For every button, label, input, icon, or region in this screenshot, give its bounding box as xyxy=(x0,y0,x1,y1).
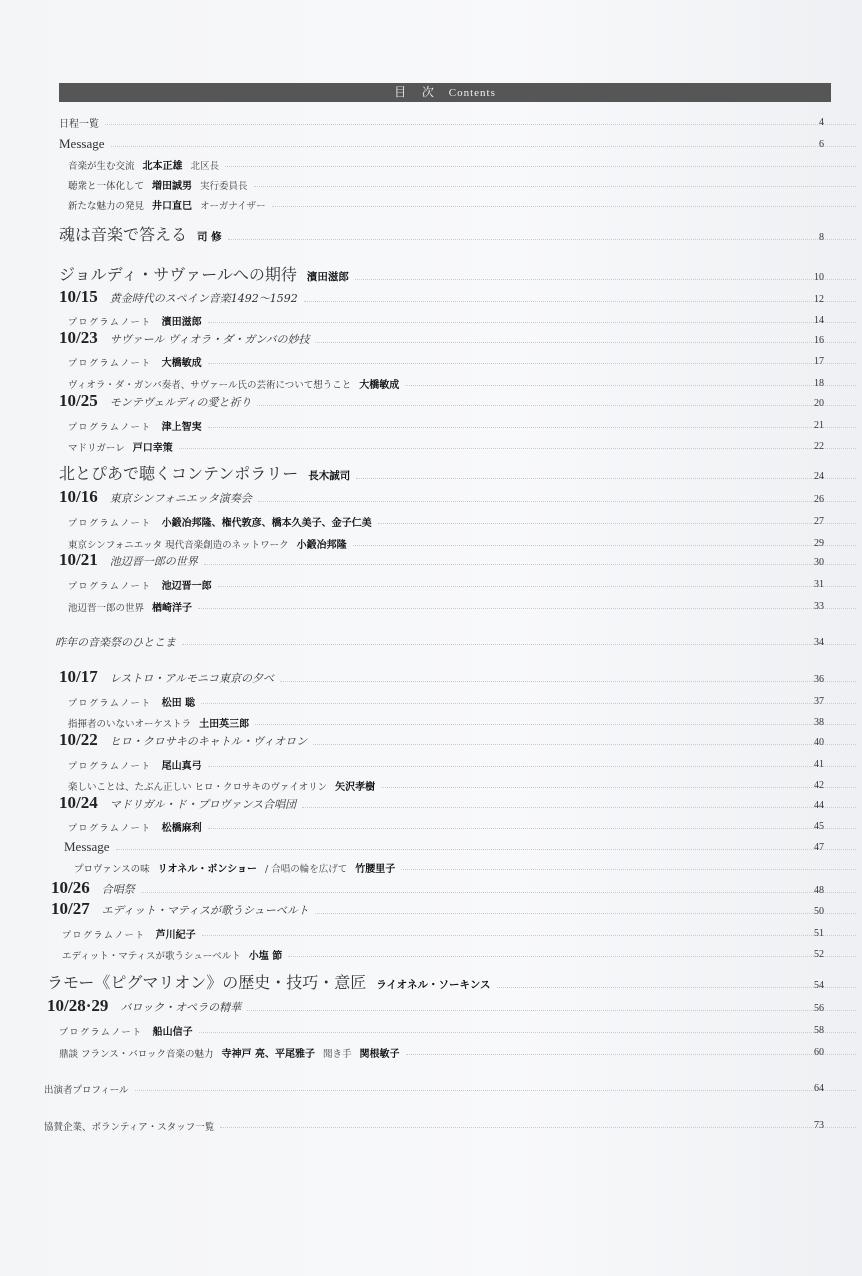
contents-header-bar: 目 次 Contents xyxy=(59,83,831,102)
dotted-leader xyxy=(135,1089,856,1091)
toc-entry-title: 池辺晋一郎の世界 xyxy=(110,553,198,569)
toc-entry-author: 濱田滋郎 xyxy=(162,313,202,328)
toc-entry-title: プログラムノート xyxy=(68,420,152,433)
toc-entry-author: 土田英三郎 xyxy=(199,715,249,730)
toc-entry[interactable]: プログラムノート松田 聡37 xyxy=(0,689,862,709)
dotted-leader xyxy=(204,563,856,565)
toc-entry-label: 10/23サヴァール ヴィオラ・ダ・ガンバの妙技 xyxy=(59,328,309,348)
toc-entry[interactable]: 10/26合唱祭48 xyxy=(0,878,862,898)
toc-entry[interactable]: プログラムノート小鍛冶邦隆、権代敦彦、橋本久美子、金子仁美27 xyxy=(0,509,862,529)
dotted-leader xyxy=(228,238,856,240)
toc-entry-page-number: 27 xyxy=(814,516,824,527)
toc-entry-label: プログラムノート松田 聡 xyxy=(68,694,195,709)
dotted-leader xyxy=(218,585,856,587)
dotted-leader xyxy=(280,680,856,682)
toc-entry-title: 北とぴあで聴くコンテンポラリー xyxy=(59,461,298,484)
toc-entry[interactable]: 池辺晋一郎の世界楢崎洋子33 xyxy=(0,594,862,614)
dotted-leader xyxy=(199,1031,856,1033)
toc-entry-page-number: 6 xyxy=(819,139,824,150)
toc-entry[interactable]: ヴィオラ・ダ・ガンバ奏者、サヴァール氏の芸術について想うこと大橋敏成18 xyxy=(0,371,862,391)
toc-entry-label: プログラムノート芦川紀子 xyxy=(62,926,196,941)
toc-entry-label: 新たな魅力の発見井口直巳オーガナイザー xyxy=(68,197,266,212)
dotted-leader xyxy=(202,934,856,936)
toc-entry-author: リオネル・ボンショー xyxy=(158,860,257,875)
toc-entry-page-number: 8 xyxy=(819,232,824,243)
toc-entry-page-number: 64 xyxy=(814,1083,824,1094)
toc-entry[interactable]: 10/28·29バロック・オペラの精華56 xyxy=(0,996,862,1016)
toc-entry[interactable]: プログラムノート船山信子58 xyxy=(0,1018,862,1038)
header-title-en: Contents xyxy=(449,87,496,99)
dotted-leader xyxy=(179,447,856,449)
toc-entry[interactable]: Message6 xyxy=(0,132,862,152)
toc-entry[interactable]: 鼎談 フランス・バロック音楽の魅力寺神戸 亮、平尾雅子聞き手関根敏子60 xyxy=(0,1040,862,1060)
dotted-leader xyxy=(356,477,856,479)
toc-entry-label: 昨年の音楽祭のひとこま xyxy=(55,634,176,650)
toc-entry-author: 北本正雄 xyxy=(143,157,183,172)
toc-entry[interactable]: 日程一覧4 xyxy=(0,110,862,130)
toc-entry-author: 尾山真弓 xyxy=(162,757,202,772)
toc-entry-label: 池辺晋一郎の世界楢崎洋子 xyxy=(68,599,192,614)
dotted-leader xyxy=(315,341,856,343)
toc-entry[interactable]: 10/23サヴァール ヴィオラ・ダ・ガンバの妙技16 xyxy=(0,328,862,348)
toc-entry-title: マドリガル・ド・プロヴァンス合唱団 xyxy=(110,796,296,812)
header-title-jp: 目 次 xyxy=(394,85,440,99)
dotted-leader xyxy=(405,384,856,386)
toc-entry-label: プログラムノート池辺晋一郎 xyxy=(68,577,212,592)
dotted-leader xyxy=(406,1053,856,1055)
toc-entry-label: 東京シンフォニエッタ 現代音楽創造のネットワーク小鍛冶邦隆 xyxy=(68,536,347,551)
toc-entry-label: 10/24マドリガル・ド・プロヴァンス合唱団 xyxy=(59,793,296,813)
toc-entry[interactable]: 東京シンフォニエッタ 現代音楽創造のネットワーク小鍛冶邦隆29 xyxy=(0,531,862,551)
toc-entry-title: 魂は音楽で答える xyxy=(59,222,187,245)
toc-entry-author: 池辺晋一郎 xyxy=(162,577,212,592)
toc-entry[interactable]: 聴衆と一体化して増田誠男実行委員長 xyxy=(0,172,862,192)
toc-entry[interactable]: 10/16東京シンフォニエッタ演奏会26 xyxy=(0,487,862,507)
toc-entry-title: 日程一覧 xyxy=(59,115,99,130)
toc-entry-label: 10/22ヒロ・クロサキのキャトル・ヴィオロン xyxy=(59,730,307,750)
toc-entry-author: 大橋敏成 xyxy=(162,354,202,369)
toc-entry-date: 10/23 xyxy=(59,328,98,348)
toc-entry-label: プログラムノート尾山真弓 xyxy=(68,757,202,772)
toc-entry-author: 長木誠司 xyxy=(308,468,350,483)
toc-entry-title: プログラムノート xyxy=(68,356,152,369)
toc-entry-author: ライオネル・ソーキンス xyxy=(376,977,490,992)
toc-entry-page-number: 54 xyxy=(814,980,824,991)
dotted-leader xyxy=(353,544,856,546)
toc-entry-page-number: 50 xyxy=(814,906,824,917)
toc-entry-label: Message xyxy=(64,839,110,855)
dotted-leader xyxy=(313,743,856,745)
toc-entry[interactable]: プロヴァンスの味リオネル・ボンショー/ 合唱の輪を広げて竹腰里子 xyxy=(0,855,862,875)
dotted-leader xyxy=(105,123,856,125)
toc-entry[interactable]: Message47 xyxy=(0,835,862,855)
toc-entry-page-number: 24 xyxy=(814,471,824,482)
toc-entry-title: 新たな魅力の発見 xyxy=(68,198,144,212)
toc-entry-date: 10/26 xyxy=(51,878,90,898)
toc-entry-title: ヴィオラ・ダ・ガンバ奏者、サヴァール氏の芸術について想うこと xyxy=(68,377,351,391)
toc-entry-title: 東京シンフォニエッタ演奏会 xyxy=(110,490,252,506)
toc-entry-title: 池辺晋一郎の世界 xyxy=(68,600,144,614)
toc-entry-author: 芦川紀子 xyxy=(156,926,196,941)
toc-entry-author: 小鍛冶邦隆、権代敦彦、橋本久美子、金子仁美 xyxy=(162,514,372,529)
toc-entry-page-number: 4 xyxy=(819,117,824,128)
dotted-leader xyxy=(208,765,856,767)
toc-entry-label: 10/27エディット・マティスが歌うシューベルト xyxy=(51,899,309,919)
toc-entry-author: 大橋敏成 xyxy=(359,376,399,391)
dotted-leader xyxy=(381,786,856,788)
toc-entry[interactable]: 10/27エディット・マティスが歌うシューベルト50 xyxy=(0,899,862,919)
toc-entry-label: 音楽が生む交流北本正雄北区長 xyxy=(68,157,219,172)
toc-entry-title: エディット・マティスが歌うシューベルト xyxy=(102,902,309,918)
toc-entry-page-number: 45 xyxy=(814,821,824,832)
toc-entry-title: 黄金時代のスペイン音楽1492〜1592 xyxy=(110,290,298,306)
toc-entry[interactable]: 10/21池辺晋一郎の世界30 xyxy=(0,550,862,570)
toc-entry-title: モンテヴェルディの愛と祈り xyxy=(110,394,252,410)
toc-entry[interactable]: プログラムノート濱田滋郎14 xyxy=(0,308,862,328)
toc-entry-title: エディット・マティスが歌うシューベルト xyxy=(62,948,241,962)
toc-entry-label: 楽しいことは、たぶん正しい ヒロ・クロサキのヴァイオリン矢沢孝樹 xyxy=(68,778,375,793)
toc-entry-title: プログラムノート xyxy=(68,759,152,772)
toc-entry-title: プログラムノート xyxy=(68,315,152,328)
toc-entry-label: 魂は音楽で答える司 修 xyxy=(59,222,222,245)
toc-entry-page-number: 20 xyxy=(814,398,824,409)
toc-entry-date: 10/27 xyxy=(51,899,90,919)
toc-entry-date: 10/15 xyxy=(59,287,98,307)
toc-entry-label: プロヴァンスの味リオネル・ボンショー/ 合唱の輪を広げて竹腰里子 xyxy=(74,860,395,875)
toc-entry-page-number: 60 xyxy=(814,1047,824,1058)
toc-entry-page-number: 44 xyxy=(814,800,824,811)
dotted-leader xyxy=(208,362,856,364)
toc-entry-author-2: 竹腰里子 xyxy=(355,860,395,875)
dotted-leader xyxy=(208,827,856,829)
dotted-leader xyxy=(355,278,856,280)
toc-entry-page-number: 36 xyxy=(814,674,824,685)
toc-entry-title: ラモー《ピグマリオン》の歴史・技巧・意匠 xyxy=(47,970,366,993)
toc-entry[interactable]: 出演者プロフィール64 xyxy=(0,1076,862,1096)
toc-entry-label: 指揮者のいないオーケストラ土田英三郎 xyxy=(68,715,249,730)
toc-entry-page-number: 14 xyxy=(814,315,824,326)
toc-entry[interactable]: 10/25モンテヴェルディの愛と祈り20 xyxy=(0,391,862,411)
toc-entry[interactable]: 10/22ヒロ・クロサキのキャトル・ヴィオロン40 xyxy=(0,730,862,750)
dotted-leader xyxy=(111,145,857,147)
toc-entry[interactable]: プログラムノート松橋麻利45 xyxy=(0,814,862,834)
toc-entry-author: 濱田滋郎 xyxy=(307,269,349,284)
toc-entry-date: 10/17 xyxy=(59,667,98,687)
toc-entry-author: 津上智実 xyxy=(162,418,202,433)
toc-entry-page-number: 33 xyxy=(814,601,824,612)
toc-entry-page-number: 47 xyxy=(814,842,824,853)
toc-entry-author-2: 関根敏子 xyxy=(360,1045,400,1060)
dotted-leader xyxy=(288,955,856,957)
dotted-leader xyxy=(220,1126,856,1128)
toc-entry-role: 実行委員長 xyxy=(200,178,248,192)
toc-entry-date: 10/24 xyxy=(59,793,98,813)
toc-entry-author: 船山信子 xyxy=(153,1023,193,1038)
toc-entry[interactable]: 音楽が生む交流北本正雄北区長 xyxy=(0,152,862,172)
toc-entry[interactable]: 新たな魅力の発見井口直巳オーガナイザー xyxy=(0,192,862,212)
toc-entry-page-number: 26 xyxy=(814,494,824,505)
toc-entry-page-number: 52 xyxy=(814,949,824,960)
toc-entry-date: 10/16 xyxy=(59,487,98,507)
toc-entry-author: 井口直巳 xyxy=(152,197,192,212)
toc-entry-page-number: 31 xyxy=(814,579,824,590)
toc-entry-title: マドリガーレ xyxy=(68,440,125,454)
toc-entry-author: 松橋麻利 xyxy=(162,819,202,834)
dotted-leader xyxy=(304,300,856,302)
dotted-leader xyxy=(201,702,856,704)
toc-entry-title: 聴衆と一体化して xyxy=(68,178,144,192)
dotted-leader xyxy=(208,426,856,428)
toc-entry-label: プログラムノート小鍛冶邦隆、権代敦彦、橋本久美子、金子仁美 xyxy=(68,514,372,529)
toc-entry-role: / 合唱の輪を広げて xyxy=(265,861,347,875)
toc-entry-label: ヴィオラ・ダ・ガンバ奏者、サヴァール氏の芸術について想うこと大橋敏成 xyxy=(68,376,399,391)
toc-entry-title: プログラムノート xyxy=(68,696,152,709)
toc-entry[interactable]: プログラムノート尾山真弓41 xyxy=(0,752,862,772)
toc-entry-title: プログラムノート xyxy=(68,516,152,529)
toc-entry-author: 松田 聡 xyxy=(162,694,195,709)
toc-entry-page-number: 12 xyxy=(814,294,824,305)
toc-entry[interactable]: 10/17レストロ・アルモニコ東京の夕べ36 xyxy=(0,667,862,687)
toc-entry[interactable]: プログラムノート池辺晋一郎31 xyxy=(0,572,862,592)
toc-entry-label: プログラムノート大橋敏成 xyxy=(68,354,202,369)
toc-entry-page-number: 41 xyxy=(814,759,824,770)
toc-entry-title: ヒロ・クロサキのキャトル・ヴィオロン xyxy=(110,733,307,749)
toc-entry-page-number: 73 xyxy=(814,1120,824,1131)
toc-entry-label: ジョルディ・サヴァールへの期待濱田滋郎 xyxy=(59,262,349,285)
toc-entry-page-number: 30 xyxy=(814,557,824,568)
toc-entry-page-number: 38 xyxy=(814,717,824,728)
dotted-leader xyxy=(116,848,857,850)
toc-entry[interactable]: プログラムノート芦川紀子51 xyxy=(0,921,862,941)
dotted-leader xyxy=(254,185,856,187)
toc-entry-title: プログラムノート xyxy=(68,821,152,834)
toc-entry-label: ラモー《ピグマリオン》の歴史・技巧・意匠ライオネル・ソーキンス xyxy=(47,970,491,993)
toc-entry[interactable]: エディット・マティスが歌うシューベルト小塩 節52 xyxy=(0,942,862,962)
toc-entry-label: プログラムノート松橋麻利 xyxy=(68,819,202,834)
dotted-leader xyxy=(272,205,856,207)
toc-entry-page-number: 34 xyxy=(814,637,824,648)
toc-entry-page-number: 16 xyxy=(814,335,824,346)
toc-entry-label: プログラムノート船山信子 xyxy=(59,1023,193,1038)
toc-entry[interactable]: 楽しいことは、たぶん正しい ヒロ・クロサキのヴァイオリン矢沢孝樹42 xyxy=(0,773,862,793)
toc-entry-title: 鼎談 フランス・バロック音楽の魅力 xyxy=(59,1046,214,1060)
toc-entry-page-number: 22 xyxy=(814,441,824,452)
toc-entry-title: 指揮者のいないオーケストラ xyxy=(68,716,191,730)
toc-entry-label: マドリガーレ戸口幸策 xyxy=(68,439,173,454)
dotted-leader xyxy=(378,522,856,524)
toc-entry-label: 出演者プロフィール xyxy=(44,1082,129,1096)
toc-entry-page-number: 51 xyxy=(814,928,824,939)
toc-entry[interactable]: 昨年の音楽祭のひとこま34 xyxy=(0,630,862,650)
toc-entry-author: 寺神戸 亮、平尾雅子 xyxy=(222,1045,315,1060)
toc-entry-title: プログラムノート xyxy=(62,928,146,941)
toc-entry-page-number: 21 xyxy=(814,420,824,431)
toc-entry-title: サヴァール ヴィオラ・ダ・ガンバの妙技 xyxy=(110,331,310,347)
dotted-leader xyxy=(258,500,856,502)
toc-entry[interactable]: 10/15黄金時代のスペイン音楽1492〜159212 xyxy=(0,287,862,307)
toc-entry-role: オーガナイザー xyxy=(200,198,266,212)
toc-entry-date: 10/21 xyxy=(59,550,98,570)
toc-entry-page-number: 18 xyxy=(814,378,824,389)
toc-entry-label: 日程一覧 xyxy=(59,115,99,130)
toc-entry-label: プログラムノート濱田滋郎 xyxy=(68,313,202,328)
toc-entry-page-number: 10 xyxy=(814,272,824,283)
toc-entry-title: プログラムノート xyxy=(68,579,152,592)
contents-page: 目 次 Contents 日程一覧4Message6音楽が生む交流北本正雄北区長… xyxy=(0,0,862,1276)
toc-entry-page-number: 58 xyxy=(814,1025,824,1036)
toc-entry[interactable]: 協賛企業、ボランティア・スタッフ一覧73 xyxy=(0,1113,862,1133)
toc-entry[interactable]: ラモー《ピグマリオン》の歴史・技巧・意匠ライオネル・ソーキンス54 xyxy=(0,973,862,993)
toc-entry-title: Message xyxy=(59,136,105,152)
toc-entry-label: 聴衆と一体化して増田誠男実行委員長 xyxy=(68,177,248,192)
toc-entry-page-number: 17 xyxy=(814,356,824,367)
toc-entry-role: 北区長 xyxy=(191,158,220,172)
toc-entry-label: 10/26合唱祭 xyxy=(51,878,135,898)
toc-entry-title: プログラムノート xyxy=(59,1025,143,1038)
toc-entry-title: バロック・オペラの精華 xyxy=(120,999,241,1015)
toc-entry-title: ジョルディ・サヴァールへの期待 xyxy=(59,262,297,285)
toc-entry[interactable]: プログラムノート津上智実21 xyxy=(0,413,862,433)
toc-entry-label: エディット・マティスが歌うシューベルト小塩 節 xyxy=(62,947,282,962)
dotted-leader xyxy=(141,891,856,893)
toc-entry-page-number: 48 xyxy=(814,885,824,896)
toc-entry-page-number: 56 xyxy=(814,1003,824,1014)
toc-entry-label: 10/28·29バロック・オペラの精華 xyxy=(47,996,241,1016)
dotted-leader xyxy=(401,868,856,870)
toc-entry[interactable]: マドリガーレ戸口幸策22 xyxy=(0,434,862,454)
toc-entry-label: プログラムノート津上智実 xyxy=(68,418,202,433)
toc-entry-page-number: 42 xyxy=(814,780,824,791)
toc-entry-label: 10/15黄金時代のスペイン音楽1492〜1592 xyxy=(59,287,298,307)
toc-entry-label: 協賛企業、ボランティア・スタッフ一覧 xyxy=(44,1119,214,1133)
dotted-leader xyxy=(247,1009,856,1011)
toc-entry-label: 鼎談 フランス・バロック音楽の魅力寺神戸 亮、平尾雅子聞き手関根敏子 xyxy=(59,1045,400,1060)
toc-entry-date: 10/22 xyxy=(59,730,98,750)
toc-entry[interactable]: ジョルディ・サヴァールへの期待濱田滋郎10 xyxy=(0,265,862,285)
toc-entry-author: 小塩 節 xyxy=(249,947,282,962)
toc-entry-date: 10/25 xyxy=(59,391,98,411)
toc-entry-title: 音楽が生む交流 xyxy=(68,158,135,172)
toc-entry-role: 聞き手 xyxy=(323,1046,352,1060)
toc-entry-page-number: 29 xyxy=(814,538,824,549)
toc-entry-title: 楽しいことは、たぶん正しい ヒロ・クロサキのヴァイオリン xyxy=(68,779,327,793)
toc-entry[interactable]: 魂は音楽で答える司 修8 xyxy=(0,225,862,245)
toc-entry[interactable]: 10/24マドリガル・ド・プロヴァンス合唱団44 xyxy=(0,793,862,813)
toc-entry-label: 10/25モンテヴェルディの愛と祈り xyxy=(59,391,251,411)
dotted-leader xyxy=(225,165,856,167)
dotted-leader xyxy=(198,607,856,609)
toc-entry[interactable]: 北とぴあで聴くコンテンポラリー長木誠司24 xyxy=(0,464,862,484)
toc-entry-author: 小鍛冶邦隆 xyxy=(297,536,347,551)
toc-entry-title: 昨年の音楽祭のひとこま xyxy=(55,634,176,650)
toc-entry-label: 10/21池辺晋一郎の世界 xyxy=(59,550,198,570)
toc-entry-title: レストロ・アルモニコ東京の夕べ xyxy=(110,670,274,686)
dotted-leader xyxy=(255,723,856,725)
dotted-leader xyxy=(182,643,856,645)
toc-entry-title: 協賛企業、ボランティア・スタッフ一覧 xyxy=(44,1119,214,1133)
toc-entry[interactable]: 指揮者のいないオーケストラ土田英三郎38 xyxy=(0,710,862,730)
toc-entry-label: 10/17レストロ・アルモニコ東京の夕べ xyxy=(59,667,274,687)
toc-entry-author: 矢沢孝樹 xyxy=(335,778,375,793)
toc-entry-date: 10/28·29 xyxy=(47,996,108,1016)
dotted-leader xyxy=(208,321,856,323)
toc-entry-title: Message xyxy=(64,839,110,855)
toc-entry-author: 増田誠男 xyxy=(152,177,192,192)
toc-entry-label: 10/16東京シンフォニエッタ演奏会 xyxy=(59,487,252,507)
toc-entry-page-number: 37 xyxy=(814,696,824,707)
dotted-leader xyxy=(257,404,856,406)
dotted-leader xyxy=(497,986,856,988)
toc-entry-page-number: 40 xyxy=(814,737,824,748)
dotted-leader xyxy=(302,806,856,808)
toc-entry-author: 司 修 xyxy=(197,229,222,244)
toc-entry-title: 東京シンフォニエッタ 現代音楽創造のネットワーク xyxy=(68,537,289,551)
toc-entry-label: Message xyxy=(59,136,105,152)
toc-entry-author: 戸口幸策 xyxy=(133,439,173,454)
toc-entry-author: 楢崎洋子 xyxy=(152,599,192,614)
toc-entry-title: プロヴァンスの味 xyxy=(74,861,150,875)
toc-entry-title: 出演者プロフィール xyxy=(44,1082,129,1096)
toc-entry[interactable]: プログラムノート大橋敏成17 xyxy=(0,349,862,369)
dotted-leader xyxy=(315,912,856,914)
toc-entry-label: 北とぴあで聴くコンテンポラリー長木誠司 xyxy=(59,461,350,484)
toc-entry-title: 合唱祭 xyxy=(102,881,135,897)
